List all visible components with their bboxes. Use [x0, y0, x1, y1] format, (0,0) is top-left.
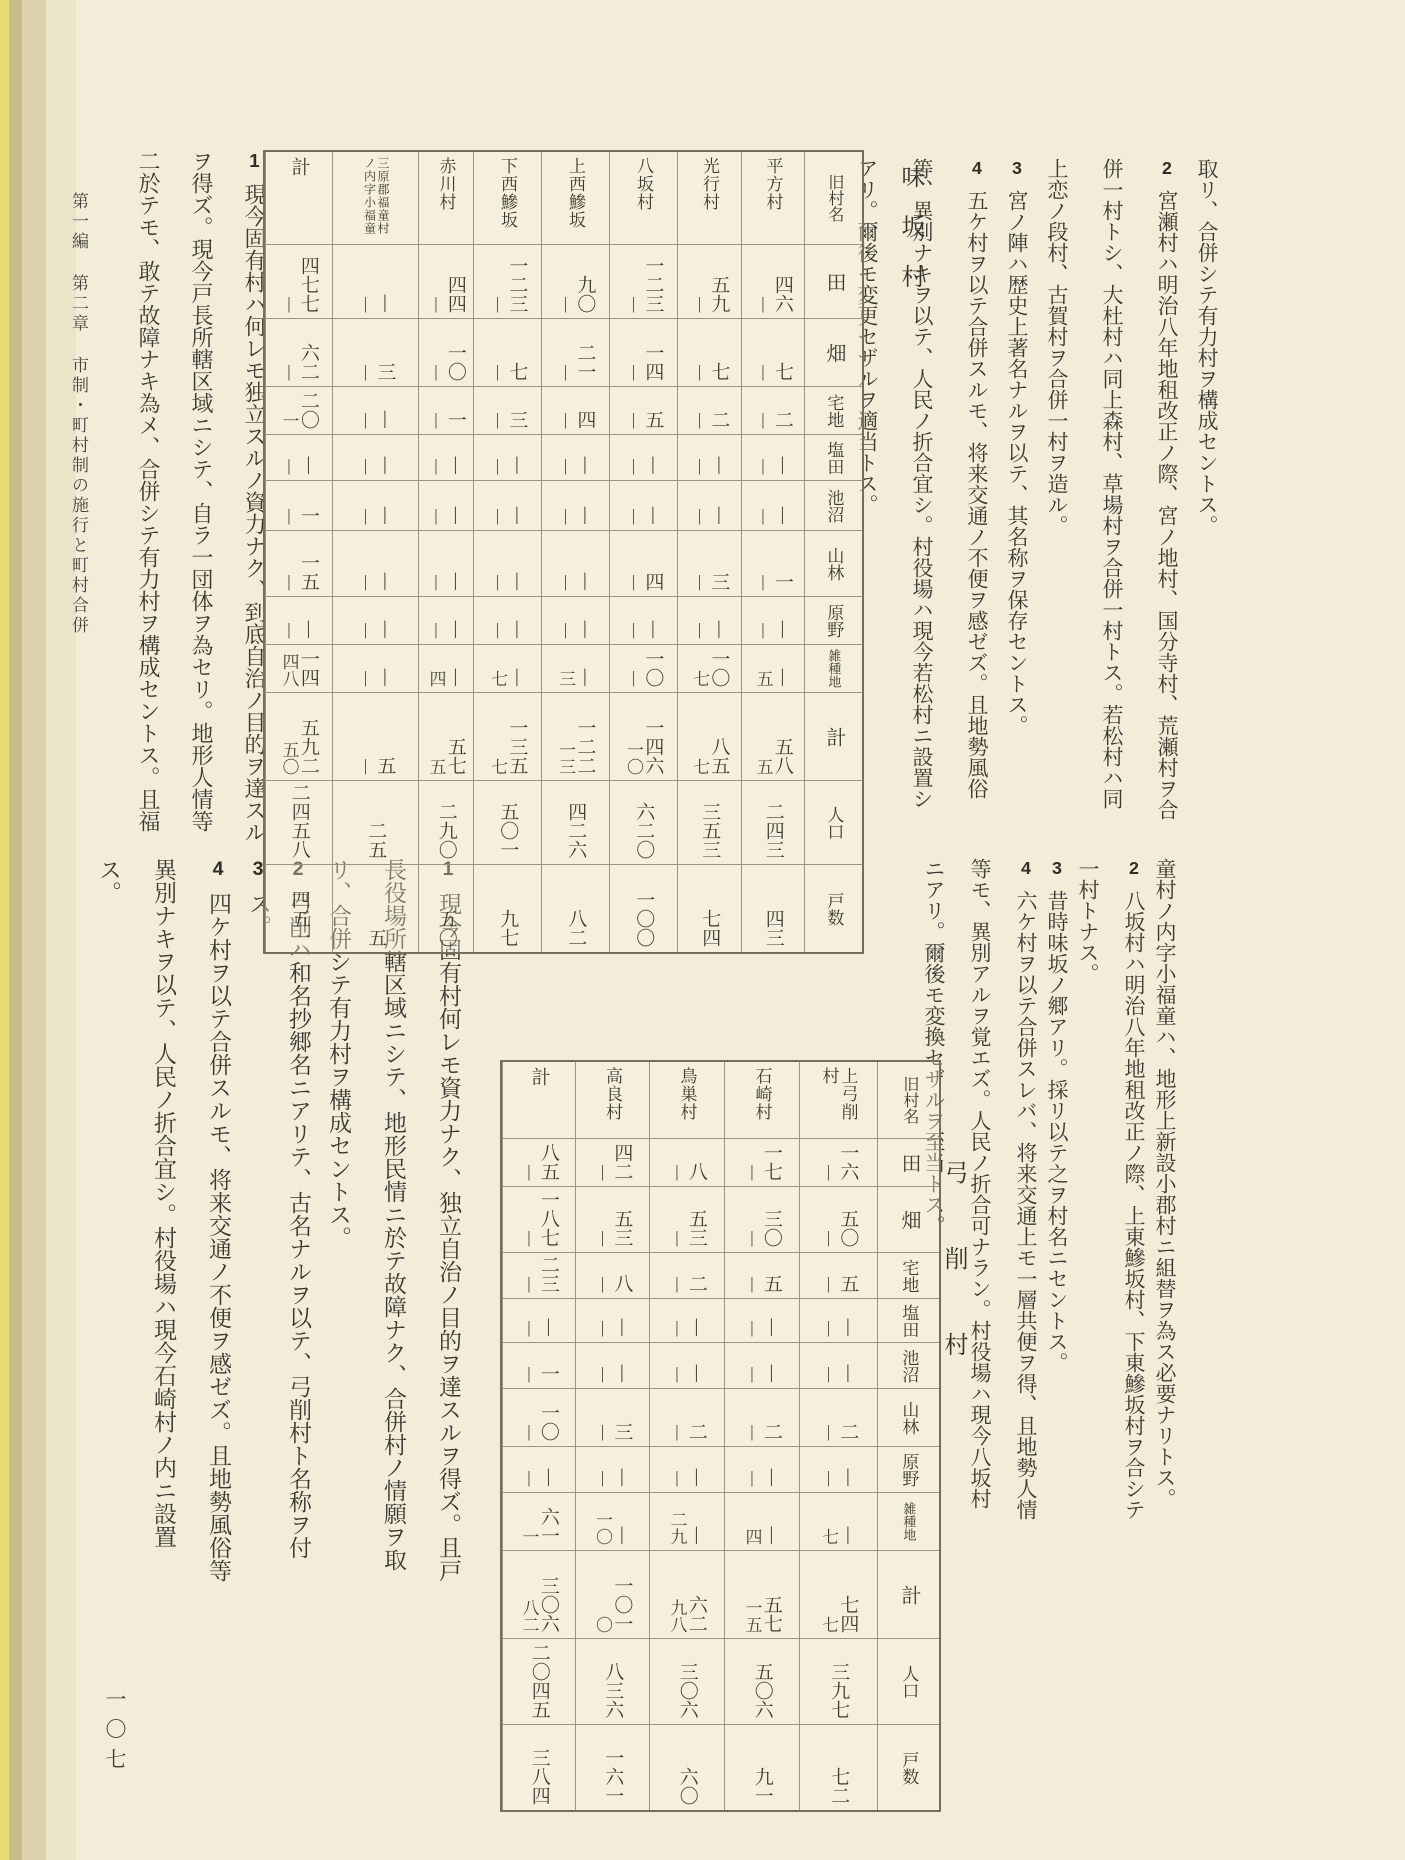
value-cell: || — [742, 596, 804, 644]
value-main: 一〇 — [709, 649, 728, 687]
item-number: 1 — [244, 150, 265, 171]
value-sub: | — [743, 1318, 760, 1337]
field-label: 池沼 — [900, 1349, 918, 1383]
value-cell: 七四 — [678, 864, 741, 952]
field-label-cell: 原野 — [878, 1446, 939, 1492]
value-sub: 一 — [520, 1528, 537, 1545]
village-name: 計 — [288, 157, 309, 177]
text-column-body: ス。 — [96, 858, 121, 904]
value-main: 六二 — [298, 343, 317, 381]
value-main: 七四 — [838, 1595, 857, 1633]
value-main: 二〇 — [298, 391, 317, 429]
value-sub: | — [357, 456, 374, 475]
value-sub: 二九 — [668, 1511, 685, 1545]
value-cell: |四 — [542, 386, 609, 434]
value-main: 六二 — [686, 1595, 705, 1633]
value-cell: || — [333, 386, 418, 434]
field-header-column: 旧村名田畑宅地塩田池沼山林原野雑種地計人口戸数 — [804, 152, 862, 952]
value-cell: 七一三五 — [474, 692, 541, 780]
value-main: 一六 — [838, 1143, 857, 1181]
value-main: | — [838, 1316, 857, 1337]
misaka-village-statistics-table: 旧村名田畑宅地塩田池沼山林原野雑種地計人口戸数平方村|四六|七|二|||||一|… — [263, 150, 864, 954]
value-main: 一 — [445, 410, 464, 429]
value-sub: 〇 — [594, 1616, 611, 1633]
value-sub: | — [820, 1364, 837, 1383]
value-main: | — [507, 570, 526, 591]
value-main: 五〇六 — [752, 1662, 771, 1719]
value-cell: 一五五七 — [725, 1550, 799, 1638]
value-main: 二 — [686, 1422, 705, 1441]
text-column: 取リ、合併シテ有力村ヲ構成セントス。 — [1196, 158, 1232, 820]
value-cell: |九〇 — [542, 244, 609, 318]
text-column: ス。 — [97, 858, 135, 1582]
value-main: | — [375, 570, 394, 591]
text-column-body: ヲ得ズ。現今戸長所轄区域ニシテ、自ラ一団体ヲ為セリ。地形人情等 — [189, 150, 214, 832]
value-cell: |二 — [800, 1388, 877, 1446]
value-sub: | — [489, 362, 506, 381]
value-main: 四 — [575, 410, 594, 429]
value-sub: | — [594, 1228, 611, 1247]
value-cell: || — [419, 434, 473, 480]
value-sub: | — [427, 620, 444, 639]
village-name: 三原郡福童村ノ内字小福童 — [362, 157, 389, 244]
value-cell: 〇一〇一 — [576, 1550, 649, 1638]
field-label: 塩田 — [825, 441, 843, 475]
value-cell: || — [333, 596, 418, 644]
value-sub: | — [820, 1318, 837, 1337]
value-main: | — [761, 1524, 780, 1545]
value-main: 五三 — [686, 1209, 705, 1247]
value-sub: | — [427, 572, 444, 591]
value-cell: || — [725, 1342, 799, 1388]
value-main: 一六一 — [603, 1748, 622, 1805]
value-main: 一 — [772, 572, 791, 591]
value-cell: |五 — [725, 1252, 799, 1298]
value-main: | — [575, 618, 594, 639]
value-main: 二九〇 — [436, 802, 455, 859]
value-cell: 四五一 — [266, 864, 332, 952]
value-main: | — [375, 504, 394, 525]
value-main: 七 — [772, 362, 791, 381]
value-cell: 四二六 — [542, 780, 609, 864]
value-sub: | — [280, 620, 297, 639]
value-sub: | — [357, 620, 374, 639]
field-label: 池沼 — [825, 489, 843, 523]
value-cell: |二 — [650, 1388, 724, 1446]
value-cell: |五三 — [650, 1186, 724, 1252]
item-number: 2 — [1124, 858, 1144, 878]
village-data-column: 鳥巣村|八|五三|二|||||二||二九|九八六二三〇六六〇 — [649, 1062, 724, 1810]
text-block-top-right: 取リ、合併シテ有力村ヲ構成セントス。2宮瀬村ハ明治八年地租改正ノ際、宮ノ地村、国… — [837, 158, 1232, 820]
value-cell: || — [542, 434, 609, 480]
value-cell: 二五 — [333, 780, 418, 864]
value-sub: | — [625, 456, 642, 475]
field-label: 雑種地 — [902, 1502, 916, 1541]
value-main: | — [375, 292, 394, 313]
value-cell: 六〇 — [650, 1724, 724, 1810]
value-main: 一四六 — [643, 718, 662, 775]
value-main: 四二六 — [566, 802, 585, 859]
field-label-cell: 田 — [805, 244, 862, 318]
value-main: | — [445, 570, 464, 591]
value-sub: | — [754, 362, 771, 381]
field-label: 塩田 — [900, 1304, 918, 1338]
value-cell: 四| — [725, 1492, 799, 1550]
value-cell: 二四五八 — [266, 780, 332, 864]
value-cell: 八三六 — [576, 1638, 649, 1724]
value-main: | — [612, 1466, 631, 1487]
value-main: 五七 — [761, 1595, 780, 1633]
value-sub: | — [691, 572, 708, 591]
value-sub: | — [743, 1468, 760, 1487]
value-main: 七 — [507, 362, 526, 381]
text-column: 2弓削ハ和名抄郷名ニアリテ、古名ナルヲ以テ、弓削村ト名称ヲ付 — [287, 858, 310, 1582]
text-column: 童村ノ内字小福童ハ、地形上新設小郡村ニ組替ヲ為ス必要ナリトス。 — [1154, 858, 1190, 1520]
value-main: | — [538, 1466, 557, 1487]
value-cell: |三 — [678, 530, 741, 596]
value-sub: | — [357, 756, 374, 775]
field-label: 人口 — [825, 806, 843, 840]
value-sub: | — [743, 1274, 760, 1293]
text-column-body: 八坂村ハ明治八年地租改正ノ際、上東鰺坂村、下東鰺坂村ヲ合シテ — [1122, 890, 1146, 1520]
value-main: 四 — [643, 572, 662, 591]
value-main: 二〇四五 — [529, 1643, 548, 1719]
village-name-cell: 光行村 — [678, 152, 741, 244]
value-main: 九一 — [752, 1767, 771, 1805]
value-sub: | — [691, 620, 708, 639]
village-data-column: 光行村|五九|七|二|||||三||七一〇七八五三五三七四 — [677, 152, 741, 952]
value-cell: |七 — [678, 318, 741, 386]
value-cell: 二四三 — [742, 780, 804, 864]
field-label: 計 — [898, 1585, 919, 1605]
value-main: 六〇 — [677, 1767, 696, 1805]
field-label: 戸数 — [825, 892, 843, 926]
field-label: 畑 — [823, 343, 844, 363]
value-main: 一〇 — [643, 649, 662, 687]
value-main: 一四 — [298, 649, 317, 687]
value-sub: | — [357, 410, 374, 429]
field-label: 原野 — [900, 1453, 918, 1487]
field-label-cell: 山林 — [805, 530, 862, 596]
value-main: 一二二 — [575, 718, 594, 775]
value-sub: 八二 — [520, 1599, 537, 1633]
value-sub: | — [743, 1228, 760, 1247]
field-label-cell: 畑 — [878, 1186, 939, 1252]
value-sub: | — [489, 572, 506, 591]
value-main: 二五 — [366, 821, 385, 859]
village-data-column: 上西鰺坂|九〇|二一|四||||||||三|一三一二二四二六八二 — [541, 152, 609, 952]
value-sub: | — [594, 1162, 611, 1181]
value-cell: || — [678, 434, 741, 480]
value-main: 五三 — [612, 1209, 631, 1247]
value-main: 四二 — [612, 1143, 631, 1181]
value-main: 五 — [375, 756, 394, 775]
value-sub: | — [427, 410, 444, 429]
value-cell: || — [503, 1446, 575, 1492]
value-cell: 八二三〇六 — [503, 1550, 575, 1638]
value-cell: || — [725, 1298, 799, 1342]
text-column: 等、異別ナキヲ以テ、人民ノ折合宜シ。村役場ハ現今若松村ニ設置シ — [911, 158, 947, 820]
value-cell: 三〇六 — [650, 1638, 724, 1724]
value-sub: | — [427, 506, 444, 525]
value-sub: | — [668, 1274, 685, 1293]
text-column: リ、合併シテ有力村ヲ構成セントス。 — [327, 858, 365, 1582]
value-sub: | — [820, 1468, 837, 1487]
value-main: 一〇〇 — [634, 890, 653, 947]
value-cell: || — [610, 434, 677, 480]
village-data-column: 上弓削村|一六|五〇|五|||||二||七|七七四三九七七二 — [799, 1062, 877, 1810]
value-cell: |二 — [742, 386, 804, 434]
village-name-cell: 上西鰺坂 — [542, 152, 609, 244]
value-cell: || — [650, 1342, 724, 1388]
value-sub: | — [820, 1274, 837, 1293]
value-sub: | — [557, 506, 574, 525]
value-main: 八 — [686, 1162, 705, 1181]
value-cell: || — [266, 596, 332, 644]
field-label-cell: 計 — [878, 1550, 939, 1638]
value-cell: || — [474, 434, 541, 480]
text-block-top-left: 1現今固有村ハ何レモ独立スルノ資力ナク、到底自治ノ目的ヲ達スルヲ得ズ。現今戸長所… — [121, 150, 265, 843]
value-main: | — [772, 666, 791, 687]
value-main: 五〇 — [436, 909, 455, 947]
value-main: | — [772, 618, 791, 639]
value-cell: 一〇一四六 — [610, 692, 677, 780]
text-column-body: 異別ナキヲ以テ、人民ノ折合宜シ。村役場ハ現今石崎村ノ内ニ設置 — [151, 858, 176, 1548]
field-label-cell: 戸数 — [878, 1724, 939, 1810]
value-main: 一三五 — [507, 718, 526, 775]
text-column: 3ス。 — [247, 858, 270, 1582]
village-name: 上西鰺坂 — [566, 157, 585, 229]
value-sub: | — [625, 506, 642, 525]
value-main: 一七 — [761, 1143, 780, 1181]
value-main: 二 — [709, 410, 728, 429]
value-main: 一〇 — [538, 1403, 557, 1441]
value-cell: |四二 — [576, 1138, 649, 1186]
value-cell: || — [800, 1446, 877, 1492]
value-cell: |三 — [333, 318, 418, 386]
value-cell: |八 — [576, 1252, 649, 1298]
value-cell: || — [333, 480, 418, 530]
value-cell: |一六 — [800, 1138, 877, 1186]
value-sub: 七 — [820, 1616, 837, 1633]
value-cell: || — [419, 530, 473, 596]
value-main: 五九 — [709, 275, 728, 313]
value-sub: 七 — [489, 758, 506, 775]
value-cell: |三〇 — [725, 1186, 799, 1252]
value-main: 一 — [538, 1364, 557, 1383]
value-sub: 一〇 — [625, 741, 642, 775]
value-cell: |七 — [742, 318, 804, 386]
field-label: 宅地 — [900, 1259, 918, 1293]
value-main: | — [643, 618, 662, 639]
value-cell: 五〇五九二 — [266, 692, 332, 780]
value-cell: || — [610, 596, 677, 644]
value-main: 四四 — [445, 275, 464, 313]
value-main: | — [575, 504, 594, 525]
text-column-body: 六ケ村ヲ以テ合併スレバ、将来交通上モ一層共便ヲ得、且地勢人情 — [1014, 890, 1038, 1520]
value-cell: || — [725, 1446, 799, 1492]
value-main: 七 — [709, 362, 728, 381]
value-main: | — [507, 504, 526, 525]
value-main: | — [838, 1466, 857, 1487]
value-main: | — [772, 504, 791, 525]
value-cell: |五〇 — [800, 1186, 877, 1252]
value-sub: | — [489, 620, 506, 639]
value-main: 三 — [375, 362, 394, 381]
field-label-cell: 原野 — [805, 596, 862, 644]
value-main: | — [445, 454, 464, 475]
value-main: 二 — [772, 410, 791, 429]
field-label-cell: 池沼 — [805, 480, 862, 530]
value-main: | — [375, 454, 394, 475]
village-name: 上弓削村 — [819, 1067, 857, 1138]
text-column: 上恋ノ段村、古賀村ヲ合併一村ヲ造ル。 — [1046, 158, 1082, 820]
village-data-column: 下西鰺坂|一二三|七|三||||||||七|七一三五五〇一九七 — [473, 152, 541, 952]
value-sub: | — [557, 294, 574, 313]
value-main: | — [575, 454, 594, 475]
value-cell: |一二三 — [474, 244, 541, 318]
value-sub: | — [557, 410, 574, 429]
value-sub: | — [668, 1162, 685, 1181]
value-main: | — [612, 1362, 631, 1383]
village-data-column: 計|四七七|六二一二〇|||一|一五||四八一四五〇五九二二四五八四五一 — [265, 152, 332, 952]
value-sub: | — [520, 1162, 537, 1181]
value-cell: |三 — [474, 386, 541, 434]
text-column-body: 等、異別ナキヲ以テ、人民ノ折合宜シ。村役場ハ現今若松村ニ設置シ — [910, 158, 934, 809]
field-label-cell: 山林 — [878, 1388, 939, 1446]
value-main: 一二三 — [507, 256, 526, 313]
value-sub: | — [280, 294, 297, 313]
value-sub: 四 — [743, 1528, 760, 1545]
value-main: 二 — [686, 1274, 705, 1293]
value-main: 六二〇 — [634, 802, 653, 859]
value-sub: | — [594, 1274, 611, 1293]
value-main: 七四 — [700, 909, 719, 947]
value-cell: 二〇四五 — [503, 1638, 575, 1724]
value-sub: | — [625, 362, 642, 381]
value-cell: |五三 — [576, 1186, 649, 1252]
value-cell: || — [576, 1342, 649, 1388]
value-cell: 四| — [419, 644, 473, 692]
value-cell: 一三一二二 — [542, 692, 609, 780]
value-cell: || — [503, 1298, 575, 1342]
value-sub: | — [489, 410, 506, 429]
value-main: | — [686, 1466, 705, 1487]
value-main: | — [643, 454, 662, 475]
value-cell: |一 — [266, 480, 332, 530]
value-sub: | — [625, 410, 642, 429]
field-label-cell: 塩田 — [878, 1298, 939, 1342]
value-sub: | — [594, 1364, 611, 1383]
value-cell: |二一 — [542, 318, 609, 386]
village-data-column: 三原郡福童村ノ内字小福童|||三|||||||||||||五二五五 — [332, 152, 418, 952]
text-column: 1現今固有村何レモ資力ナク、独立自治ノ目的ヲ達スルヲ得ズ。且戸 — [437, 858, 460, 1582]
value-cell: 三五三 — [678, 780, 741, 864]
text-column-body: 宮瀬村ハ明治八年地租改正ノ際、宮ノ地村、国分寺村、荒瀬村ヲ合 — [1155, 190, 1179, 820]
value-main: 五〇 — [838, 1209, 857, 1247]
value-main: | — [686, 1362, 705, 1383]
text-column: 二於テモ、敢テ故障ナキ為メ、合併シテ有力村ヲ構成セントス。且福 — [137, 150, 174, 843]
value-cell: || — [333, 644, 418, 692]
value-cell: 九一 — [725, 1724, 799, 1810]
village-data-column: 八坂村|一二三|一四|五|||||四|||一〇一〇一四六六二〇一〇〇 — [609, 152, 677, 952]
value-cell: |八 — [650, 1138, 724, 1186]
value-main: 七二 — [829, 1767, 848, 1805]
value-main: | — [507, 618, 526, 639]
village-name: 石崎村 — [752, 1067, 771, 1121]
value-sub: | — [357, 362, 374, 381]
item-number: 3 — [1047, 858, 1067, 878]
value-sub: | — [520, 1422, 537, 1441]
value-main: | — [838, 1524, 857, 1545]
text-column-body: 弓削ハ和名抄郷名ニアリテ、古名ナルヲ以テ、弓削村ト名称ヲ付 — [286, 892, 311, 1559]
text-column-body: 等モ、異別アルヲ覚エズ。人民ノ折合可ナラン。村役場ハ現今八坂村 — [968, 858, 992, 1509]
value-sub: | — [668, 1364, 685, 1383]
value-sub: | — [357, 668, 374, 687]
chapter-running-header: 第一編 第二章 市制・町村制の施行と町村合併 — [66, 192, 91, 636]
value-cell: |二 — [678, 386, 741, 434]
value-main: 六一 — [538, 1507, 557, 1545]
value-cell: || — [419, 596, 473, 644]
value-cell: |一八七 — [503, 1186, 575, 1252]
value-main: 二四五八 — [289, 783, 308, 859]
value-main: 九〇 — [575, 275, 594, 313]
village-name-cell: 計 — [503, 1062, 575, 1138]
value-main: | — [686, 1524, 705, 1545]
value-main: | — [612, 1524, 631, 1545]
value-sub: | — [820, 1422, 837, 1441]
value-main: 二三 — [538, 1255, 557, 1293]
value-main: 三 — [507, 410, 526, 429]
value-cell: || — [333, 530, 418, 596]
value-cell: |二 — [725, 1388, 799, 1446]
value-cell: || — [742, 480, 804, 530]
value-sub: | — [691, 506, 708, 525]
item-number: 4 — [207, 858, 229, 880]
page-gutter-shadow — [9, 0, 22, 1860]
value-cell: |一 — [742, 530, 804, 596]
text-column-body: 長役場所轄区域ニシテ、地形民情ニ於テ故障ナク、合併村ノ情願ヲ取 — [381, 858, 406, 1571]
field-label: 旧村名 — [900, 1076, 917, 1124]
value-main: 四三 — [763, 909, 782, 947]
value-cell: || — [542, 596, 609, 644]
value-sub: | — [520, 1228, 537, 1247]
text-block-bottom-right: 童村ノ内字小福童ハ、地形上新設小郡村ニ組替ヲ為ス必要ナリトス。2八坂村ハ明治八年… — [913, 858, 1190, 1520]
page-gutter-fade — [22, 0, 46, 1860]
value-sub: 一五 — [743, 1599, 760, 1633]
text-column: 4六ケ村ヲ以テ合併スレバ、将来交通上モ一層共便ヲ得、且地勢人情 — [1015, 858, 1036, 1520]
value-sub: 一〇 — [594, 1511, 611, 1545]
value-cell: |四四 — [419, 244, 473, 318]
text-column: 2宮瀬村ハ明治八年地租改正ノ際、宮ノ地村、国分寺村、荒瀬村ヲ合 — [1156, 158, 1177, 820]
field-label: 田 — [823, 272, 844, 292]
value-cell: 四八一四 — [266, 644, 332, 692]
text-column-body: 一村トナス。 — [1076, 858, 1100, 984]
text-column-body: 童村ノ内字小福童ハ、地形上新設小郡村ニ組替ヲ為ス必要ナリトス。 — [1153, 858, 1177, 1509]
value-sub: | — [489, 456, 506, 475]
value-cell: 一〇| — [576, 1492, 649, 1550]
value-sub: | — [520, 1318, 537, 1337]
value-main: | — [772, 454, 791, 475]
village-name-cell: 鳥巣村 — [650, 1062, 724, 1138]
value-cell: |一二三 — [610, 244, 677, 318]
value-main: | — [445, 504, 464, 525]
value-cell: 一六一 — [503, 1492, 575, 1550]
value-main: 五 — [761, 1274, 780, 1293]
village-name-cell: 石崎村 — [725, 1062, 799, 1138]
value-main: | — [575, 570, 594, 591]
value-cell: 五| — [742, 644, 804, 692]
